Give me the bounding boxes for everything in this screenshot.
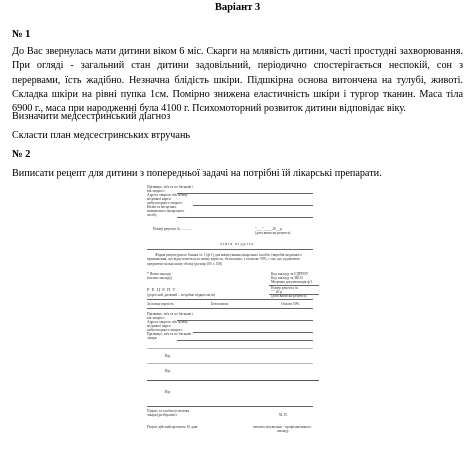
form-line <box>193 205 313 206</box>
form-rp-2: Rp: <box>165 369 171 373</box>
task-1-question-diagnosis: Визначити медсестринський діагноз <box>12 111 170 122</box>
form-recipe-number: Номер рецепта № ............ <box>153 227 192 231</box>
form-validity: Рецепт дійсний протягом 10 днів <box>147 425 197 429</box>
form-doctor2-label: лікаря <box>147 336 157 340</box>
form-line <box>177 217 313 218</box>
form-doctor-3: засобу <box>147 213 157 217</box>
form-rp-3: Rp: <box>165 390 171 394</box>
form-med-doc: Медична документація ф-1 <box>271 280 313 284</box>
form-line <box>193 332 313 333</box>
form-payment-free: Безоплатно <box>211 302 228 306</box>
task-1-question-plan: Скласти план медсестринських втручань <box>12 130 190 141</box>
form-payment-full: За повну вартість <box>147 302 174 306</box>
form-institution-stamp: (штамп закладу) <box>147 276 172 280</box>
form-recipe-subtitle: (дорослий, дитячий – потрібне підкреслит… <box>147 293 215 297</box>
task-1-text: До Вас звернулась мати дитини віком 6 мі… <box>12 45 463 116</box>
cut-line <box>147 249 313 250</box>
form-line <box>177 320 313 321</box>
form-payment-half: Оплата 50% <box>281 302 300 306</box>
form-line <box>147 348 313 349</box>
task-2-number: № 2 <box>12 149 30 160</box>
form-cut-line-label: лінія відрізу <box>143 242 331 246</box>
form-date-caption-2: (дата виписки рецепта) <box>271 294 307 298</box>
form-stamp: М. П. <box>279 413 288 417</box>
task-2-text: Виписати рецепт для дитини з попередньої… <box>12 168 382 179</box>
form-recipe-title: Р Е Ц Е П Т <box>147 288 176 292</box>
task-1-number: № 1 <box>12 29 30 40</box>
form-signature-2: лікаря (розбірливо) <box>147 413 177 417</box>
form-line <box>177 340 313 341</box>
form-line <box>147 308 313 309</box>
prescription-form: Прізвище, ім'я та по батькові і вік хвор… <box>143 182 331 452</box>
form-rp-1: Rp: <box>165 354 171 358</box>
document-title: Варіант 3 <box>0 2 475 13</box>
form-seal-2: закладу <box>277 429 289 433</box>
form-line <box>177 193 313 194</box>
form-line <box>147 363 313 364</box>
form-line <box>147 406 313 407</box>
form-date-caption: (дата виписки рецепта) <box>255 231 291 235</box>
form-note: Форма рецептурного бланка № 1 (ф-1) для … <box>147 253 313 266</box>
form-line <box>147 299 313 300</box>
form-line <box>147 380 319 381</box>
